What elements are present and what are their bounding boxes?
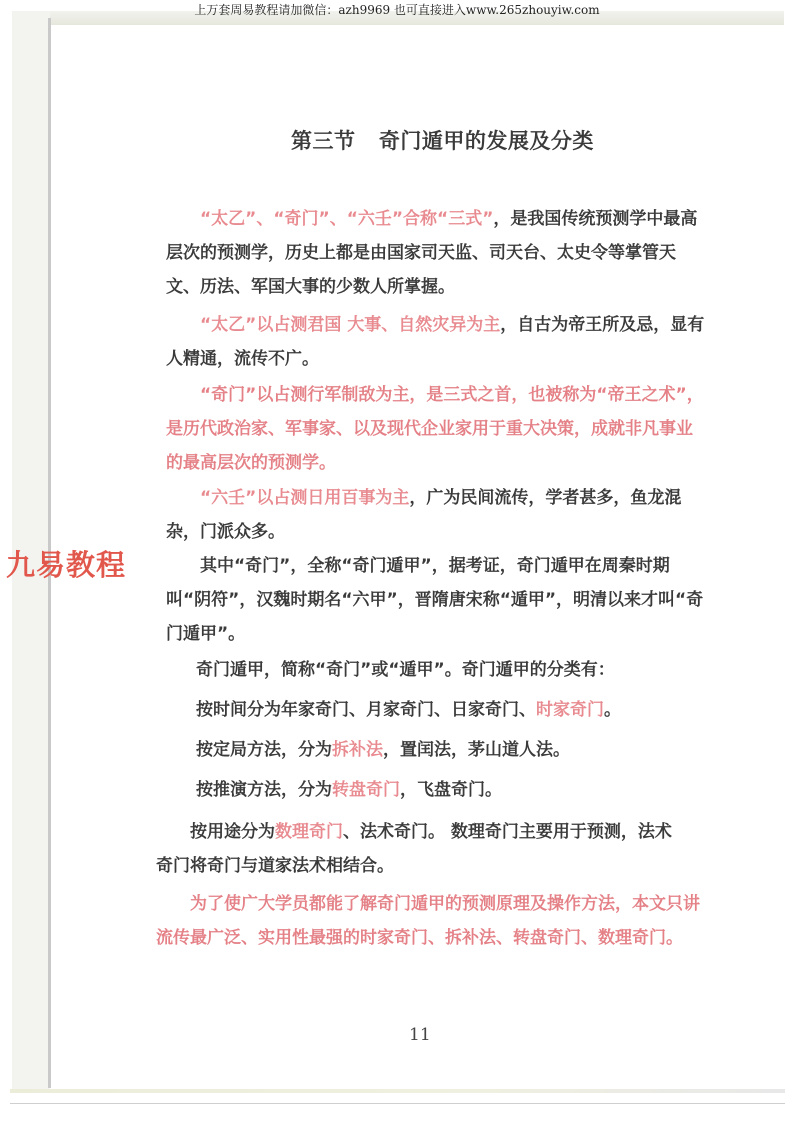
body-text: ，飞盘奇门。 [400,780,502,800]
paragraph-by-usage: 按用途分为数理奇门、法术奇门。 数理奇门主要用于预测，法术奇门将奇门与道家法术相… [156,815,676,883]
highlight-text: 拆补法 [332,740,383,760]
scan-edge-bottom [10,1089,785,1107]
paragraph-liuren: “六壬”以占测日用百事为主，广为民间流传，学者甚多，鱼龙混杂，门派众多。 [166,481,706,549]
document-page: 第三节 奇门遁甲的发展及分类 “太乙”、“奇门”、“六壬”合称“三式”，是我国传… [51,25,784,1089]
watermark-logo: 九易教程 [6,543,126,584]
paragraph-scope: 为了使广大学员都能了解奇门遁甲的预测原理及操作方法，本文只讲流传最广泛、实用性最… [156,887,701,955]
body-text: 奇门遁甲，简称“奇门”或“遁甲”。奇门遁甲的分类有： [196,660,615,680]
body-text: 按时间分为年家奇门、月家奇门、日家奇门、 [196,700,536,720]
highlight-text: “太乙”、“奇门”、“六壬”合称“三式” [200,209,493,229]
paragraph-by-time: 按时间分为年家奇门、月家奇门、日家奇门、时家奇门。 [196,693,716,727]
body-text: 按推演方法，分为 [196,780,332,800]
body-text: 。 [604,700,621,720]
page-number: 11 [409,1025,431,1045]
body-text: ，置闰法，茅山道人法。 [383,740,570,760]
paragraph-by-deduction: 按推演方法，分为转盘奇门，飞盘奇门。 [196,773,736,807]
highlight-text: 时家奇门 [536,700,604,720]
body-text: 按用途分为 [190,822,275,842]
highlight-text: “六壬”以占测日用百事为主 [200,488,409,508]
paragraph-qimen: “奇门”以占测行军制敌为主，是三式之首，也被称为“帝王之术”，是历代政治家、军事… [166,378,706,480]
highlight-text: “太乙”以占测君国 大事、自然灾异为主 [200,315,500,335]
highlight-text: “奇门”以占测行军制敌为主，是三式之首，也被称为“帝王之术”，是历代政治家、军事… [166,385,704,473]
paragraph-by-method: 按定局方法，分为拆补法，置闰法，茅山道人法。 [196,733,736,767]
paragraph-history: 其中“奇门”，全称“奇门遁甲”，据考证，奇门遁甲在周秦时期叫“阴符”，汉魏时期名… [166,549,706,651]
paragraph-classification-intro: 奇门遁甲，简称“奇门”或“遁甲”。奇门遁甲的分类有： [196,653,736,687]
body-text: 其中“奇门”，全称“奇门遁甲”，据考证，奇门遁甲在周秦时期叫“阴符”，汉魏时期名… [166,556,703,644]
paragraph-taiyi: “太乙”以占测君国 大事、自然灾异为主，自古为帝王所及忌，显有人精通，流传不广。 [166,308,706,376]
highlight-text: 转盘奇门 [332,780,400,800]
top-banner: 上万套周易教程请加微信：azh9969 也可直接进入www.265zhouyiw… [0,0,794,20]
highlight-text: 数理奇门 [275,822,343,842]
body-text: 按定局方法，分为 [196,740,332,760]
section-title: 第三节 奇门遁甲的发展及分类 [291,125,594,155]
paragraph-sanshi: “太乙”、“奇门”、“六壬”合称“三式”，是我国传统预测学中最高层次的预测学，历… [166,202,706,304]
highlight-text: 为了使广大学员都能了解奇门遁甲的预测原理及操作方法，本文只讲流传最广泛、实用性最… [156,894,700,948]
